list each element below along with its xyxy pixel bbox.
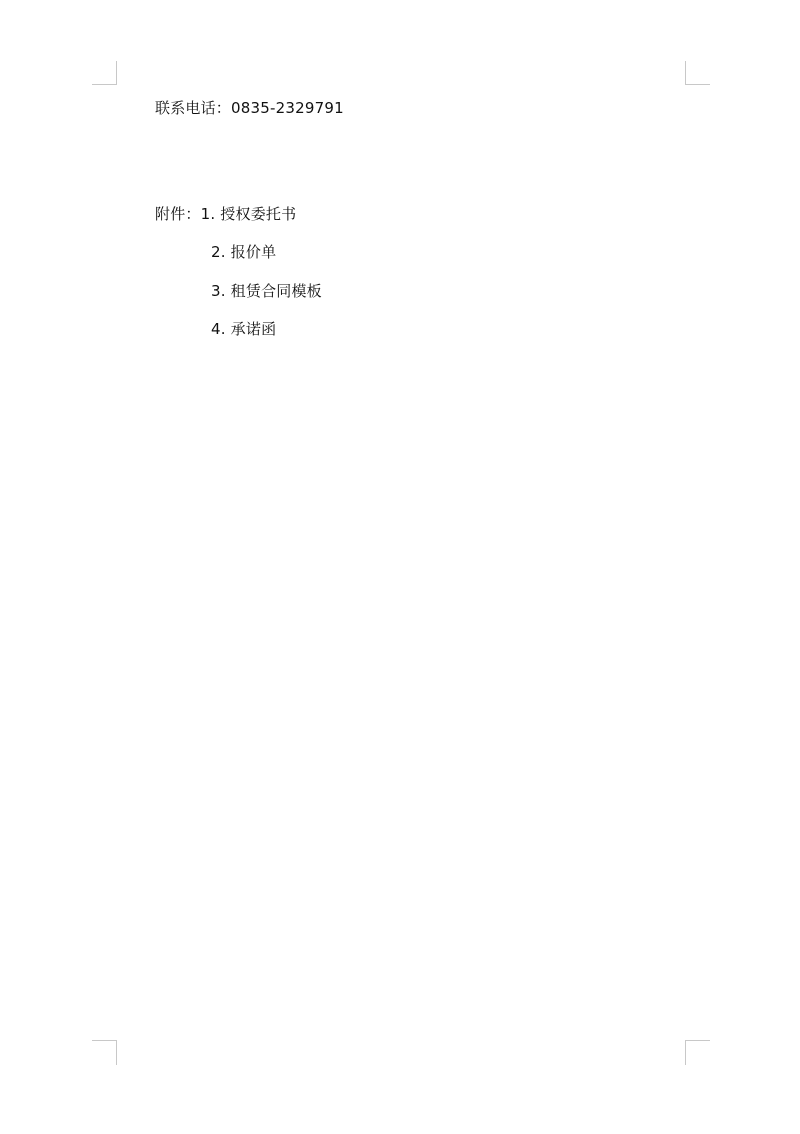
corner-mark-top-right-v [685,61,686,85]
corner-mark-top-right-h [685,84,710,85]
corner-mark-bottom-left-v [116,1040,117,1065]
corner-mark-top-left-v [116,61,117,85]
attachment-item: 3. 租赁合同模板 [211,281,322,301]
contact-line: 联系电话：0835-2329791 [155,98,344,118]
attachment-item: 4. 承诺函 [211,319,276,339]
attachment-item: 2. 报价单 [211,242,276,262]
corner-mark-bottom-left-h [92,1040,117,1041]
attachment-item: 1. 授权委托书 [201,205,297,223]
corner-mark-bottom-right-v [685,1040,686,1065]
contact-phone: 0835-2329791 [231,99,344,117]
contact-label: 联系电话： [155,99,231,117]
corner-mark-bottom-right-h [685,1040,710,1041]
attachments-line-1: 附件：1. 授权委托书 [155,204,296,224]
corner-mark-top-left-h [92,84,117,85]
attachments-label: 附件： [155,205,201,223]
